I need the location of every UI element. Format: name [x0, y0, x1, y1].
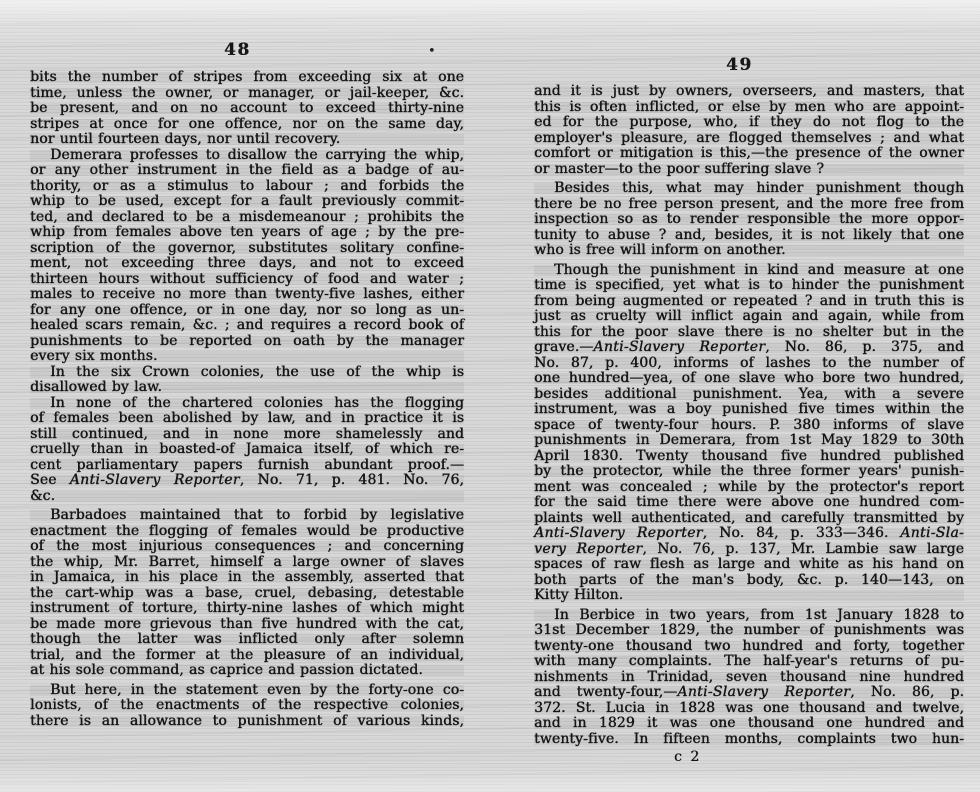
italic-citation: Anti-Slavery Reporter [593, 339, 765, 355]
paragraph: But here, in the statement even by the f… [30, 683, 464, 730]
text-line: of females been abolished by law, and in… [30, 411, 464, 427]
page-number-48: 48 [224, 40, 251, 60]
text-line: 372. St. Lucia in 1828 was one thousand … [534, 701, 964, 717]
paragraph: Though the punishment in kind and measur… [534, 263, 964, 604]
text-line: twenty-one thousand two hundred and fort… [534, 639, 964, 655]
text-line: one hundred—yea, of one slave who bore t… [534, 371, 964, 387]
text-line: be present, and on no account to exceed … [30, 101, 464, 117]
text-line: punishments to be reported on oath by th… [30, 334, 464, 350]
text-line: nor until fourteen days, nor until recov… [30, 132, 464, 148]
paragraph: Demerara professes to disallow the carry… [30, 148, 464, 365]
italic-citation: Anti-Sla- [900, 525, 964, 541]
text-line: for any one offence, or in one day, nor … [30, 303, 464, 319]
text-line: for the said time there were above one h… [534, 495, 964, 511]
text-line: In the six Crown colonies, the use of th… [30, 365, 464, 381]
text-line: But here, in the statement even by the f… [30, 683, 464, 699]
italic-citation: Anti-Slavery Reporter [677, 684, 850, 700]
text-line: instrument, was a boy punished five time… [534, 402, 964, 418]
paragraph: Besides this, what may hinder punishment… [534, 181, 964, 259]
text-line: though the latter was inflicted only aft… [30, 632, 464, 648]
page-49-text: and it is just by owners, overseers, and… [534, 84, 964, 747]
text-line: time is specified, yet what is to hinder… [534, 278, 964, 294]
text-line: cruelly than in boasted-of Jamaica itsel… [30, 442, 464, 458]
text-line: grave.—Anti-Slavery Reporter, No. 86, p.… [534, 340, 964, 356]
text-line: males to receive no more than twenty-fiv… [30, 287, 464, 303]
text-line: ment, not exceeding three days, and not … [30, 256, 464, 272]
text-line: lonists, of the enactments of the respec… [30, 698, 464, 714]
text-line: this is often inflicted, or else by men … [534, 100, 964, 116]
paragraph: and it is just by owners, overseers, and… [534, 84, 964, 177]
text-line: ment was concealed ; while by the protec… [534, 480, 964, 496]
text-line: No. 87, p. 400, informs of lashes to the… [534, 356, 964, 372]
text-line: disallowed by law. [30, 380, 464, 396]
text-line: whip from females above ten years of age… [30, 225, 464, 241]
text-line: spaces of raw flesh as large and white a… [534, 557, 964, 573]
text-line: there is an allowance to punishment of v… [30, 714, 464, 730]
page-49: 49 and it is just by owners, overseers, … [534, 55, 964, 785]
text-line: employer's pleasure, are flogged themsel… [534, 131, 964, 147]
text-line: tunity to abuse ? and, besides, it is no… [534, 228, 964, 244]
text-line: just as cruelty will inflict again and a… [534, 309, 964, 325]
text-line: Though the punishment in kind and measur… [534, 263, 964, 279]
text-line: of the most injurious consequences ; and… [30, 539, 464, 555]
text-line: or any other instrument in the field as … [30, 163, 464, 179]
text-line: comfort or mitigation is this,—the prese… [534, 146, 964, 162]
text-line: from being augmented or repeated ? and i… [534, 294, 964, 310]
text-line: with many complaints. The half-year's re… [534, 654, 964, 670]
text-line: punishments in Demerara, from 1st May 18… [534, 433, 964, 449]
text-line: the whip, Mr. Barret, himself a large ow… [30, 555, 464, 571]
text-line: still continued, and in none more shamel… [30, 427, 464, 443]
paragraph: In none of the chartered colonies has th… [30, 396, 464, 505]
text-line: Besides this, what may hinder punishment… [534, 181, 964, 197]
text-line: thority, or as a stimulus to labour ; an… [30, 179, 464, 195]
text-line: inspection so as to render responsible t… [534, 212, 964, 228]
text-line: very Reporter, No. 76, p. 137, Mr. Lambi… [534, 542, 964, 558]
text-line: stripes at once for one offence, nor on … [30, 117, 464, 133]
text-line: Anti-Slavery Reporter, No. 84, p. 333—34… [534, 526, 964, 542]
page-48-text: bits the number of stripes from exceedin… [30, 70, 464, 729]
text-line: plaints well authenticated, and carefull… [534, 511, 964, 527]
text-line: thirteen hours without sufficiency of fo… [30, 272, 464, 288]
text-line: April 1830. Twenty thousand five hundred… [534, 449, 964, 465]
paragraph: bits the number of stripes from exceedin… [30, 70, 464, 148]
text-line: this for the poor slave there is no shel… [534, 325, 964, 341]
text-line: space of twenty-four hours. P. 380 infor… [534, 418, 964, 434]
text-line: cent parliamentary papers furnish abunda… [30, 458, 464, 474]
text-line: twenty-five. In fifteen months, complain… [534, 732, 964, 748]
text-line: Barbadoes maintained that to forbid by l… [30, 508, 464, 524]
text-line: or master—to the poor suffering slave ? [534, 162, 964, 178]
text-line: both parts of the man's body, &c. p. 140… [534, 573, 964, 589]
italic-citation: very Reporter [534, 541, 642, 557]
text-line: ed for the purpose, who, if they do not … [534, 115, 964, 131]
text-line: by the protector, while the three former… [534, 464, 964, 480]
text-line: who is free will inform on another. [534, 243, 964, 259]
text-line: besides additional punishment. Yea, with… [534, 387, 964, 403]
text-line: scription of the governor, substitutes s… [30, 241, 464, 257]
text-line: &c. [30, 489, 464, 505]
signature-mark: c 2 [674, 749, 701, 765]
text-line: ted, and declared to be a misdemeanour ;… [30, 210, 464, 226]
page-number-49: 49 [726, 55, 753, 75]
text-line: be made more grievous than five hundred … [30, 617, 464, 633]
text-line: whip to be used, except for a fault prev… [30, 194, 464, 210]
text-line: trial, and the former at the pleasure of… [30, 648, 464, 664]
text-line: healed scars remain, &c. ; and requires … [30, 318, 464, 334]
italic-citation: Anti-Slavery Reporter [70, 472, 240, 488]
text-line: 31st December 1829, the number of punish… [534, 623, 964, 639]
page-48: 48 • bits the number of stripes from exc… [30, 40, 464, 780]
text-line: Demerara professes to disallow the carry… [30, 148, 464, 164]
text-line: at his sole command, as caprice and pass… [30, 663, 464, 679]
text-line: In Berbice in two years, from 1st Januar… [534, 608, 964, 624]
text-line: time, unless the owner, or manager, or j… [30, 86, 464, 102]
text-line: and in 1829 it was one thousand one hund… [534, 716, 964, 732]
text-line: and twenty-four,—Anti-Slavery Reporter, … [534, 685, 964, 701]
text-line: bits the number of stripes from exceedin… [30, 70, 464, 86]
text-line: in Jamaica, in his place in the assembly… [30, 570, 464, 586]
text-line: enactment the flogging of females would … [30, 524, 464, 540]
text-line: nishments in Trinidad, seven thousand ni… [534, 670, 964, 686]
text-line: and it is just by owners, overseers, and… [534, 84, 964, 100]
printers-dot: • [428, 44, 436, 59]
text-line: the cart-whip was a base, cruel, debasin… [30, 586, 464, 602]
scanned-book-spread: { "document": { "kind": "scanned book sp… [0, 0, 980, 792]
text-line: instrument of torture, thirty-nine lashe… [30, 601, 464, 617]
paragraph: In the six Crown colonies, the use of th… [30, 365, 464, 396]
text-line: See Anti-Slavery Reporter, No. 71, p. 48… [30, 473, 464, 489]
text-line: every six months. [30, 349, 464, 365]
text-line: Kitty Hilton. [534, 588, 964, 604]
text-line: there be no free person present, and the… [534, 197, 964, 213]
text-line: In none of the chartered colonies has th… [30, 396, 464, 412]
italic-citation: Anti-Slavery Reporter [534, 525, 703, 541]
paragraph: In Berbice in two years, from 1st Januar… [534, 608, 964, 748]
paragraph: Barbadoes maintained that to forbid by l… [30, 508, 464, 679]
